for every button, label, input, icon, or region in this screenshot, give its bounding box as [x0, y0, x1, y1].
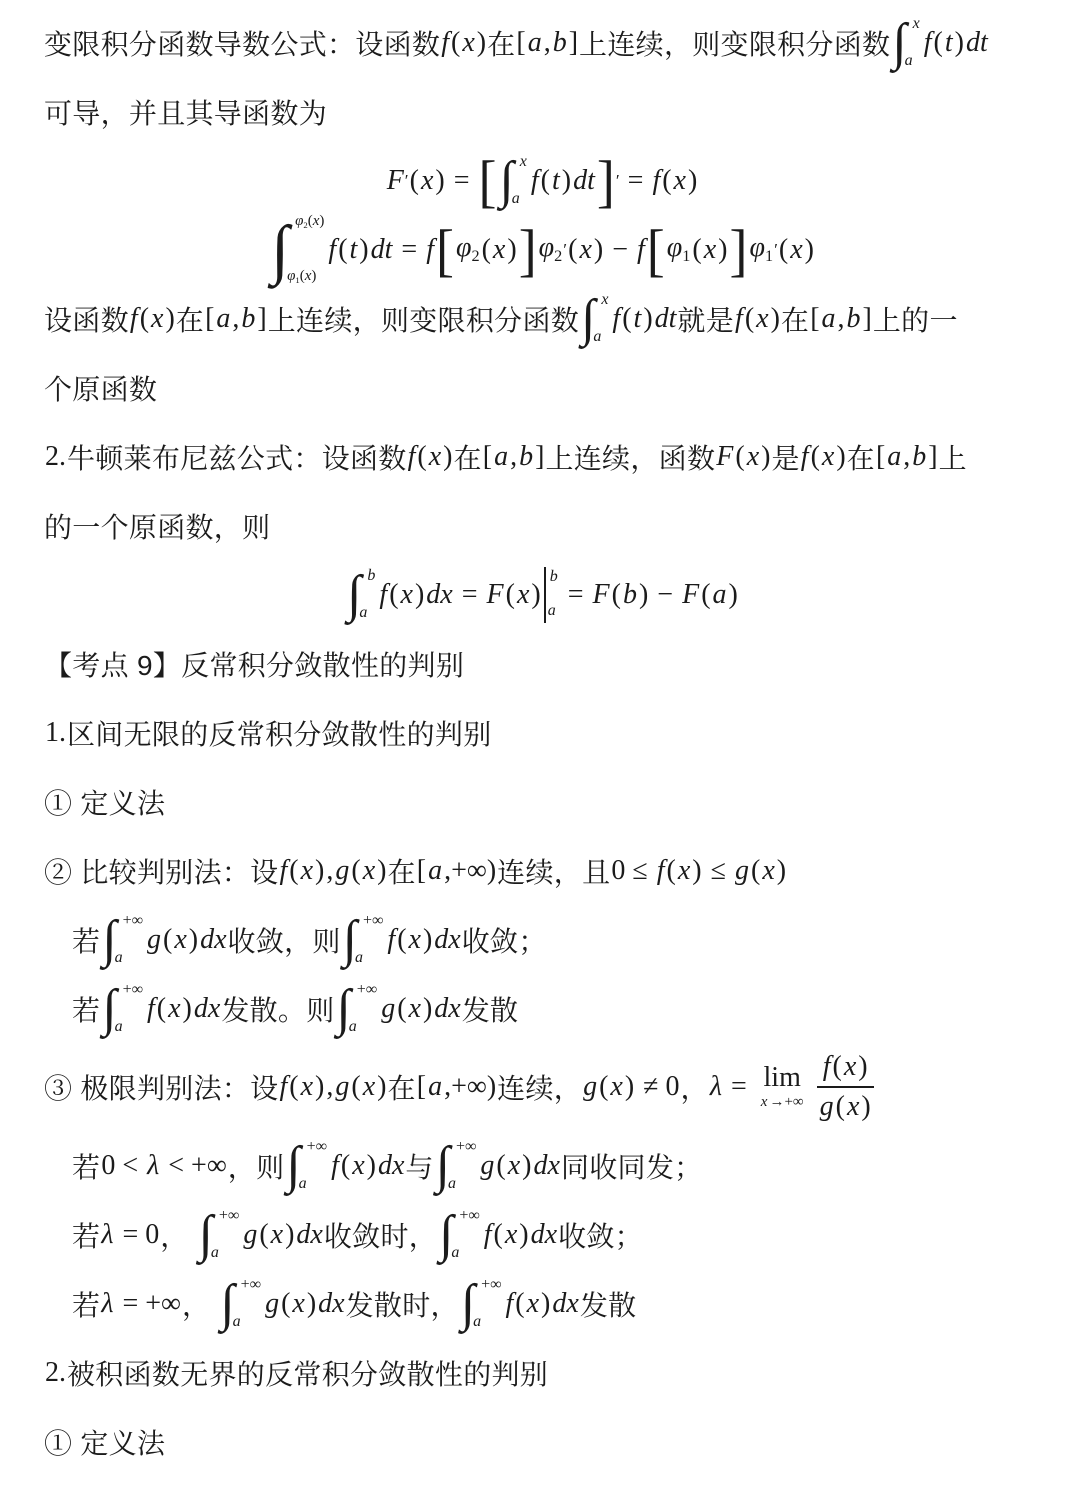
- cjk-text: 收敛；: [462, 920, 547, 960]
- math-variable: x: [789, 234, 803, 266]
- lower-limit: a: [115, 950, 143, 966]
- subscript: 2: [554, 248, 562, 266]
- math-symbol: ): [624, 1071, 635, 1103]
- math-symbol: (: [744, 303, 755, 335]
- math-variable: f: [734, 303, 744, 335]
- integral: ∫xa: [499, 152, 526, 210]
- limit-case-infinite: 若λ = +∞， ∫+∞ag(x)dx发散时，∫+∞af(x)dx发散: [44, 1269, 1040, 1338]
- math-symbol: ): [306, 1288, 317, 1320]
- math-symbol: (: [388, 579, 399, 611]
- math-symbol: ): [540, 1288, 551, 1320]
- math-variable: b: [846, 303, 862, 335]
- integral-limits: +∞a: [211, 1206, 239, 1264]
- math-variable: x: [673, 165, 687, 197]
- math-variable: F: [681, 579, 700, 611]
- math-variable: λ: [100, 1288, 114, 1320]
- math-symbol: [: [482, 441, 493, 473]
- lower-limit: a: [473, 1314, 501, 1330]
- cjk-text: 在: [176, 299, 204, 339]
- math-variable: f: [146, 993, 156, 1025]
- cjk-text: 牛顿莱布尼兹公式：设函数: [67, 437, 407, 477]
- math-symbol: ]: [862, 303, 873, 335]
- math-symbol: ): [593, 234, 604, 266]
- math-variable: f: [530, 165, 540, 197]
- lower-limit: a: [905, 53, 920, 69]
- cjk-text: ，: [182, 1284, 218, 1324]
- math-symbol: (: [416, 441, 427, 473]
- math-variable: dx: [530, 1219, 558, 1251]
- cjk-text: 发散: [462, 989, 519, 1029]
- math-variable: dt: [965, 27, 989, 59]
- integral: ∫φ2(x)φ1(x): [271, 212, 324, 288]
- math-variable: x: [520, 153, 527, 170]
- math-variable: dx: [425, 579, 453, 611]
- math-symbol: (: [258, 1219, 269, 1251]
- math-variable: x: [408, 993, 422, 1025]
- math-variable: x: [913, 15, 920, 32]
- math-variable: a: [493, 441, 509, 473]
- cjk-text: 上: [939, 437, 967, 477]
- math-symbol: ): [642, 303, 653, 335]
- math-symbol: +∞: [123, 912, 143, 929]
- math-symbol: < +∞: [160, 1150, 228, 1182]
- math-symbol: ): [770, 303, 781, 335]
- math-symbol: ): [954, 27, 965, 59]
- lower-limit: a: [512, 191, 527, 207]
- math-variable: x: [362, 855, 376, 887]
- math-symbol: ): [530, 579, 541, 611]
- integral: ∫+∞a: [220, 1275, 261, 1333]
- integral: ∫+∞a: [439, 1206, 480, 1264]
- integral: ∫ba: [347, 566, 375, 624]
- bar-rule: [544, 567, 546, 623]
- integral-limits: ba: [359, 566, 375, 624]
- math-symbol: ): [311, 268, 316, 284]
- lower-limit: a: [211, 1245, 239, 1261]
- upper-limit: +∞: [241, 1277, 261, 1293]
- math-symbol: [: [204, 303, 215, 335]
- math-variable: a: [427, 1071, 443, 1103]
- math-variable: a: [905, 52, 913, 69]
- math-variable: f: [278, 1071, 288, 1103]
- integral-limits: +∞a: [451, 1206, 479, 1264]
- math-variable: b: [911, 441, 927, 473]
- cjk-text: ② 比较判别法：设: [44, 851, 278, 891]
- math-variable: a: [593, 328, 601, 345]
- math-symbol: (: [778, 234, 789, 266]
- math-variable: g: [479, 1150, 495, 1182]
- cjk-text: 在: [487, 23, 515, 63]
- math-variable: a: [512, 190, 520, 207]
- math-variable: x: [526, 1288, 540, 1320]
- upper-limit: +∞: [459, 1208, 479, 1224]
- upper-limit: +∞: [363, 913, 383, 929]
- math-variable: a: [473, 1313, 481, 1330]
- math-variable: dx: [295, 1219, 323, 1251]
- integral: ∫xa: [892, 14, 919, 72]
- math-symbol: (: [495, 1150, 506, 1182]
- formula-varlimit-general: ∫φ2(x)φ1(x)f(t)dt = f[φ2(x)]φ2′(x) − f[φ…: [44, 215, 1040, 284]
- integral-limits: +∞a: [299, 1137, 327, 1195]
- math-variable: x: [428, 441, 442, 473]
- integral-limits: +∞a: [473, 1275, 501, 1333]
- cjk-text: 在: [387, 1067, 415, 1107]
- math-variable: x: [173, 924, 187, 956]
- varlimit-intro-2: 可导，并且其导函数为: [44, 77, 1040, 146]
- lower-limit: a: [593, 329, 608, 345]
- limit-label: lim: [764, 1064, 801, 1092]
- math-symbol: ): [776, 855, 787, 887]
- math-symbol: 2.: [44, 1357, 67, 1389]
- math-variable: dt: [370, 234, 394, 266]
- big-bracket: [: [436, 220, 454, 278]
- cjk-text: 在: [453, 437, 481, 477]
- math-symbol: ): [638, 579, 649, 611]
- math-variable: b: [552, 27, 568, 59]
- cjk-text: 的一个原函数，则: [44, 506, 270, 546]
- math-variable: f: [425, 234, 435, 266]
- math-symbol: +∞: [219, 1207, 239, 1224]
- math-variable: a: [233, 1313, 241, 1330]
- cjk-text: 上连续，则变限积分函数: [268, 299, 579, 339]
- formula-newton-leibniz: ∫baf(x)dx = F(x)ba = F(b) − F(a): [44, 560, 1040, 629]
- math-symbol: ): [188, 924, 199, 956]
- upper-limit: +∞: [123, 913, 143, 929]
- math-variable: a: [299, 1175, 307, 1192]
- math-variable: x: [167, 993, 181, 1025]
- lower-limit: φ1(x): [287, 269, 324, 284]
- math-symbol: ): [182, 993, 193, 1025]
- cjk-text: 个原函数: [44, 368, 157, 408]
- cjk-text: 若: [72, 920, 100, 960]
- math-symbol: +∞: [123, 981, 143, 998]
- cjk-text: 连续，: [497, 1067, 582, 1107]
- math-symbol: +∞: [363, 912, 383, 929]
- big-bracket: [: [479, 151, 497, 209]
- cjk-text: ，: [160, 1215, 196, 1255]
- math-symbol: 0 <: [100, 1150, 146, 1182]
- math-variable: f: [505, 1288, 515, 1320]
- math-variable: f: [636, 234, 646, 266]
- math-symbol: ,: [325, 855, 334, 887]
- math-symbol: (: [598, 1071, 609, 1103]
- newton-leibniz-1: 2.牛顿莱布尼兹公式：设函数f(x)在[a,b]上连续，函数F(x)是f(x)在…: [44, 422, 1040, 491]
- item-interval-infinite: 1.区间无限的反常积分敛散性的判别: [44, 698, 1040, 767]
- math-variable: g: [734, 855, 750, 887]
- math-variable: a: [451, 1244, 459, 1261]
- big-bracket: ]: [729, 220, 747, 278]
- math-symbol: ≠ 0: [635, 1071, 680, 1103]
- math-variable: g: [819, 1091, 835, 1122]
- math-variable: F: [486, 579, 505, 611]
- upper-limit: x: [601, 292, 608, 308]
- integral: ∫+∞a: [461, 1275, 502, 1333]
- math-variable: g: [582, 1071, 598, 1103]
- math-variable: t: [551, 165, 561, 197]
- integral-limits: xa: [593, 290, 608, 348]
- math-variable: φ1: [666, 232, 692, 266]
- integral-limits: +∞a: [233, 1275, 261, 1333]
- math-symbol: (: [493, 1219, 504, 1251]
- math-variable: dx: [317, 1288, 345, 1320]
- math-symbol: =: [454, 579, 486, 611]
- cjk-text: 收敛时，: [324, 1215, 437, 1255]
- cjk-text: 上的一: [873, 299, 958, 339]
- math-symbol: (: [750, 855, 761, 887]
- lower-limit: a: [233, 1314, 261, 1330]
- math-symbol: ]: [927, 441, 938, 473]
- math-symbol: =: [446, 165, 478, 197]
- math-symbol: ): [728, 579, 739, 611]
- method-definition-1: ① 定义法: [44, 767, 1040, 836]
- math-symbol: (: [734, 441, 745, 473]
- math-variable: f: [611, 303, 621, 335]
- integral: ∫+∞a: [102, 980, 143, 1038]
- math-symbol: ): [414, 579, 425, 611]
- math-variable: x: [408, 924, 422, 956]
- math-symbol: ): [506, 234, 517, 266]
- math-variable: g: [264, 1288, 280, 1320]
- math-variable: dt: [654, 303, 678, 335]
- subscript: 2: [471, 248, 479, 266]
- bar-limits: ba: [548, 567, 558, 623]
- cjk-text: 若: [72, 1284, 100, 1324]
- math-symbol: 2.: [44, 441, 67, 473]
- lower-limit: a: [448, 1176, 476, 1192]
- math-variable: x: [703, 234, 717, 266]
- math-symbol: ): [422, 924, 433, 956]
- cjk-text: 上连续，函数: [545, 437, 715, 477]
- evaluation-bar: ba: [544, 567, 558, 623]
- document-body: 变限积分函数导数公式：设函数f(x)在[a,b]上连续，则变限积分函数∫xaf(…: [44, 8, 1040, 1476]
- math-symbol: ,: [231, 303, 240, 335]
- upper-limit: x: [913, 16, 920, 32]
- math-symbol: ≤: [703, 855, 734, 887]
- math-variable: x: [270, 1219, 284, 1251]
- math-symbol: (: [139, 303, 150, 335]
- math-symbol: ): [314, 1071, 325, 1103]
- math-variable: φ2: [455, 232, 481, 266]
- math-symbol: =: [560, 579, 592, 611]
- math-variable: x: [400, 579, 414, 611]
- math-symbol: ): [358, 234, 369, 266]
- integral: ∫+∞a: [436, 1137, 477, 1195]
- cjk-text: ① 定义法: [44, 782, 165, 822]
- math-symbol: ): [687, 165, 698, 197]
- math-variable: f: [407, 441, 417, 473]
- math-symbol: ): [760, 441, 771, 473]
- cjk-text: 发散。则: [221, 989, 334, 1029]
- math-variable: λ: [709, 1071, 723, 1103]
- math-symbol: (: [933, 27, 944, 59]
- math-symbol: −: [604, 234, 636, 266]
- math-symbol: ,: [902, 441, 911, 473]
- integral-limits: +∞a: [115, 911, 143, 969]
- math-symbol: ,: [509, 441, 518, 473]
- cjk-text: 区间无限的反常积分敛散性的判别: [67, 713, 492, 753]
- cjk-text: 连续，且: [497, 851, 610, 891]
- cjk-text: ③ 极限判别法：设: [44, 1067, 278, 1107]
- lower-limit: a: [359, 605, 375, 621]
- math-variable: t: [944, 27, 954, 59]
- math-variable: x: [601, 291, 608, 308]
- math-variable: f: [440, 27, 450, 59]
- math-symbol: ): [434, 165, 445, 197]
- integral-limits: φ2(x)φ1(x): [287, 212, 324, 288]
- cjk-text: 是: [771, 437, 799, 477]
- integral: ∫+∞a: [286, 1137, 327, 1195]
- subscript: 1: [682, 248, 690, 266]
- math-symbol: (: [540, 165, 551, 197]
- math-symbol: (: [835, 1091, 846, 1122]
- math-variable: x: [755, 303, 769, 335]
- math-variable: x: [677, 855, 691, 887]
- math-symbol: (: [832, 1051, 843, 1082]
- math-variable: b: [518, 441, 534, 473]
- math-variable: F: [715, 441, 734, 473]
- math-variable: x: [507, 1150, 521, 1182]
- math-variable: x: [300, 1071, 314, 1103]
- cjk-text: 若: [72, 989, 100, 1029]
- math-symbol: (: [350, 855, 361, 887]
- math-symbol: ,+∞): [443, 1071, 497, 1103]
- cjk-text: 在: [387, 851, 415, 891]
- varlimit-intro-1: 变限积分函数导数公式：设函数f(x)在[a,b]上连续，则变限积分函数∫xaf(…: [44, 8, 1040, 77]
- math-symbol: +∞: [241, 1276, 261, 1293]
- cjk-text: 若: [72, 1215, 100, 1255]
- math-symbol: ): [376, 1071, 387, 1103]
- math-symbol: +∞: [456, 1138, 476, 1155]
- cjk-text: ，则: [228, 1146, 285, 1186]
- upper-limit: φ2(x): [295, 214, 324, 229]
- math-variable: dt: [572, 165, 596, 197]
- cjk-text: 在: [781, 299, 809, 339]
- math-variable: b: [240, 303, 256, 335]
- math-variable: f: [330, 1150, 340, 1182]
- math-variable: x: [461, 27, 475, 59]
- math-variable: x: [578, 234, 592, 266]
- math-symbol: +∞: [481, 1276, 501, 1293]
- math-variable: φ1: [287, 268, 300, 284]
- math-symbol: (: [288, 855, 299, 887]
- math-variable: t: [349, 234, 359, 266]
- subscript: 1: [765, 248, 773, 266]
- cjk-text: ，: [681, 1067, 709, 1107]
- upper-limit: b: [367, 568, 375, 584]
- math-variable: f: [822, 1051, 832, 1082]
- math-variable: φ2: [538, 232, 564, 266]
- math-symbol: ): [835, 441, 846, 473]
- math-symbol: 0 ≤: [610, 855, 655, 887]
- math-symbol: [: [515, 27, 526, 59]
- cjk-text: 被积函数无界的反常积分敛散性的判别: [67, 1353, 548, 1393]
- math-symbol: +∞: [459, 1207, 479, 1224]
- math-symbol: ,+∞): [443, 855, 497, 887]
- math-symbol: ): [319, 213, 324, 229]
- comparison-converge: 若∫+∞ag(x)dx收敛，则∫+∞af(x)dx收敛；: [44, 905, 1040, 974]
- math-symbol: ): [691, 855, 702, 887]
- integral: ∫+∞a: [199, 1206, 240, 1264]
- math-symbol: ]: [256, 303, 267, 335]
- math-variable: a: [115, 1018, 123, 1035]
- math-variable: g: [334, 1071, 350, 1103]
- big-bracket: [: [647, 220, 665, 278]
- cjk-text: 【考点 9】反常积分敛散性的判别: [44, 644, 464, 684]
- math-symbol: =: [620, 165, 652, 197]
- math-symbol: (: [162, 924, 173, 956]
- integral-limits: xa: [905, 14, 920, 72]
- upper-limit: +∞: [123, 982, 143, 998]
- math-variable: a: [359, 604, 367, 621]
- math-variable: f: [800, 441, 810, 473]
- math-variable: dx: [193, 993, 221, 1025]
- math-symbol: (: [810, 441, 821, 473]
- math-symbol: ): [366, 1150, 377, 1182]
- math-symbol: ]: [534, 441, 545, 473]
- math-symbol: (: [514, 1288, 525, 1320]
- math-symbol: ): [518, 1219, 529, 1251]
- math-symbol: ): [521, 1150, 532, 1182]
- math-symbol: →+∞: [768, 1094, 804, 1110]
- math-variable: f: [278, 855, 288, 887]
- big-bracket: ]: [597, 151, 615, 209]
- comparison-diverge: 若∫+∞af(x)dx发散。则∫+∞ag(x)dx发散: [44, 974, 1040, 1043]
- math-variable: x: [362, 1071, 376, 1103]
- math-variable: b: [367, 567, 375, 584]
- upper-limit: b: [550, 569, 558, 585]
- math-symbol: ,: [543, 27, 552, 59]
- cjk-text: 就是: [677, 299, 734, 339]
- integral: ∫+∞a: [102, 911, 143, 969]
- math-symbol: (: [340, 1150, 351, 1182]
- lower-limit: a: [349, 1019, 377, 1035]
- math-symbol: ): [561, 165, 572, 197]
- lower-limit: a: [355, 950, 383, 966]
- math-symbol: (: [337, 234, 348, 266]
- math-variable: g: [242, 1219, 258, 1251]
- math-variable: λ: [100, 1219, 114, 1251]
- denominator: g(x): [814, 1088, 877, 1123]
- math-variable: x: [609, 1071, 623, 1103]
- math-variable: dx: [433, 924, 461, 956]
- math-variable: t: [633, 303, 643, 335]
- integral-limits: +∞a: [448, 1137, 476, 1195]
- math-variable: x: [150, 303, 164, 335]
- math-variable: F: [592, 579, 611, 611]
- math-symbol: ): [476, 27, 487, 59]
- item-unbounded-integrand: 2.被积函数无界的反常积分敛散性的判别: [44, 1338, 1040, 1407]
- math-symbol: (: [661, 165, 672, 197]
- math-variable: x: [843, 1051, 857, 1082]
- math-variable: a: [215, 303, 231, 335]
- upper-limit: +∞: [357, 982, 377, 998]
- math-variable: a: [448, 1175, 456, 1192]
- integral: ∫+∞a: [337, 980, 378, 1038]
- math-symbol: ,: [837, 303, 846, 335]
- math-symbol: = 0: [114, 1219, 160, 1251]
- math-symbol: (: [611, 579, 622, 611]
- math-symbol: (: [505, 579, 516, 611]
- math-variable: dx: [377, 1150, 405, 1182]
- math-variable: a: [349, 1018, 357, 1035]
- math-symbol: ): [717, 234, 728, 266]
- math-variable: f: [656, 855, 666, 887]
- upper-limit: +∞: [456, 1139, 476, 1155]
- antiderivative-note-1: 设函数f(x)在[a,b]上连续，则变限积分函数∫xaf(t)dt就是f(x)在…: [44, 284, 1040, 353]
- cjk-text: 上连续，则变限积分函数: [579, 23, 890, 63]
- math-variable: a: [527, 27, 543, 59]
- cjk-text: 设函数: [44, 299, 129, 339]
